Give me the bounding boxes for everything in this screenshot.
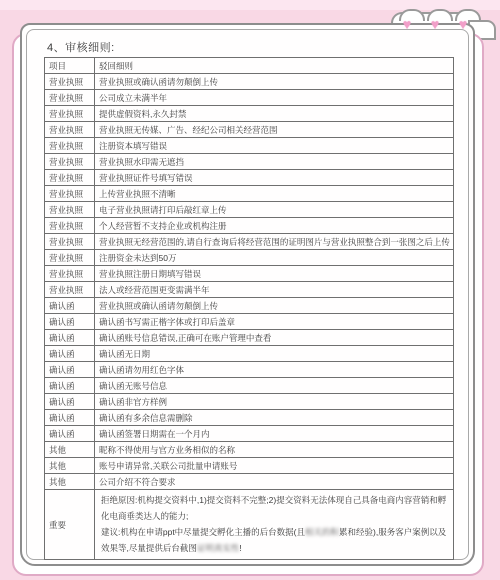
row-category: 营业执照	[45, 90, 95, 106]
row-detail: 营业执照无经营范围的,请自行查询后将经营范围的证明图片与营业执照整合到一张图之后…	[95, 234, 454, 250]
row-category: 营业执照	[45, 154, 95, 170]
row-category: 确认函	[45, 394, 95, 410]
row-category: 其他	[45, 458, 95, 474]
table-row: 营业执照营业执照无经营范围的,请自行查询后将经营范围的证明图片与营业执照整合到一…	[45, 234, 454, 250]
row-category: 确认函	[45, 346, 95, 362]
row-detail: 注册资金未达到50万	[95, 250, 454, 266]
rejection-reason-text: 拒绝原因:机构提交资料中,1)提交资料不完整;2)提交资料无法体现自己具备电商内…	[101, 495, 446, 521]
row-detail: 确认函书写需正楷字体或打印后盖章	[95, 314, 454, 330]
heart-icon: ♥	[459, 17, 467, 31]
table-row: 其他昵称不得使用与官方业务相似的名称	[45, 442, 454, 458]
row-detail: 营业执照或确认函请勿颠倒上传	[95, 298, 454, 314]
row-category: 营业执照	[45, 282, 95, 298]
row-detail: 拒绝原因:机构提交资料中,1)提交资料不完整;2)提交资料无法体现自己具备电商内…	[95, 490, 454, 560]
table-row: 营业执照营业执照证件号填写错误	[45, 170, 454, 186]
table-row: 营业执照营业执照或确认函请勿颠倒上传	[45, 74, 454, 90]
table-row: 确认函确认函书写需正楷字体或打印后盖章	[45, 314, 454, 330]
table-row: 营业执照上传营业执照不清晰	[45, 186, 454, 202]
table-row: 确认函确认函无日期	[45, 346, 454, 362]
table-row: 营业执照法人或经营范围更变需满半年	[45, 282, 454, 298]
row-detail: 公司介绍不符合要求	[95, 474, 454, 490]
row-detail: 上传营业执照不清晰	[95, 186, 454, 202]
row-category: 确认函	[45, 298, 95, 314]
page-background: { "decorations": { "heart_glyph": "♥", "…	[0, 0, 500, 580]
table-row: 营业执照营业执照无传媒、广告、经纪公司相关经营范围	[45, 122, 454, 138]
row-category: 营业执照	[45, 170, 95, 186]
row-category: 营业执照	[45, 266, 95, 282]
row-category: 营业执照	[45, 202, 95, 218]
heart-icon: ♥	[403, 17, 411, 31]
row-detail: 确认函非官方样例	[95, 394, 454, 410]
table-row: 确认函确认函请勿用红色字体	[45, 362, 454, 378]
row-detail: 确认函账号信息错误,正确可在账户管理中查看	[95, 330, 454, 346]
table-row: 营业执照注册资本填写错误	[45, 138, 454, 154]
row-detail: 确认函有多余信息需删除	[95, 410, 454, 426]
table-row-important: 重要 拒绝原因:机构提交资料中,1)提交资料不完整;2)提交资料无法体现自己具备…	[45, 490, 454, 560]
table-header-row: 项目 驳回细则	[45, 58, 454, 74]
header-category: 项目	[45, 58, 95, 74]
row-category: 其他	[45, 442, 95, 458]
row-detail: 注册资本填写错误	[95, 138, 454, 154]
row-category: 营业执照	[45, 186, 95, 202]
row-detail: 账号申请异常,关联公司批量申请账号	[95, 458, 454, 474]
row-detail: 营业执照证件号填写错误	[95, 170, 454, 186]
table-row: 营业执照提供虚假资料,永久封禁	[45, 106, 454, 122]
row-category: 重要	[45, 490, 95, 560]
row-category: 确认函	[45, 362, 95, 378]
review-table: 项目 驳回细则 营业执照营业执照或确认函请勿颠倒上传营业执照公司成立未满半年营业…	[44, 57, 454, 560]
row-category: 营业执照	[45, 122, 95, 138]
row-category: 营业执照	[45, 138, 95, 154]
note-card: 4、审核细则: 项目 驳回细则 营业执照营业执照或确认函请勿颠倒上传营业执照公司…	[20, 23, 475, 566]
row-category: 营业执照	[45, 250, 95, 266]
table-row: 营业执照公司成立未满半年	[45, 90, 454, 106]
table-row: 营业执照电子营业执照请打印后敲红章上传	[45, 202, 454, 218]
row-category: 确认函	[45, 378, 95, 394]
table-row: 其他账号申请异常,关联公司批量申请账号	[45, 458, 454, 474]
table-row: 其他公司介绍不符合要求	[45, 474, 454, 490]
table-row: 确认函确认函无账号信息	[45, 378, 454, 394]
suggestion-text: 建议:机构在申请ppt中尽量提交孵化主播的后台数据(且	[101, 527, 305, 537]
row-detail: 电子营业执照请打印后敲红章上传	[95, 202, 454, 218]
row-detail: 营业执照无传媒、广告、经纪公司相关经营范围	[95, 122, 454, 138]
table-row: 确认函营业执照或确认函请勿颠倒上传	[45, 298, 454, 314]
suggestion-text: !	[239, 543, 241, 553]
row-detail: 确认函请勿用红色字体	[95, 362, 454, 378]
row-category: 其他	[45, 474, 95, 490]
table-row: 确认函确认函签署日期需在一个月内	[45, 426, 454, 442]
row-category: 营业执照	[45, 234, 95, 250]
row-detail: 确认函签署日期需在一个月内	[95, 426, 454, 442]
redacted-text: 相关的积	[305, 527, 339, 537]
row-category: 确认函	[45, 330, 95, 346]
row-detail: 营业执照水印需无遮挡	[95, 154, 454, 170]
row-detail: 个人经营暂不支持企业或机构注册	[95, 218, 454, 234]
row-detail: 确认函无账号信息	[95, 378, 454, 394]
row-detail: 昵称不得使用与官方业务相似的名称	[95, 442, 454, 458]
row-category: 营业执照	[45, 218, 95, 234]
table-row: 确认函确认函账号信息错误,正确可在账户管理中查看	[45, 330, 454, 346]
row-detail: 营业执照或确认函请勿颠倒上传	[95, 74, 454, 90]
table-row: 确认函确认函非官方样例	[45, 394, 454, 410]
table-row: 营业执照个人经营暂不支持企业或机构注册	[45, 218, 454, 234]
row-detail: 提供虚假资料,永久封禁	[95, 106, 454, 122]
row-category: 营业执照	[45, 74, 95, 90]
table-row: 营业执照营业执照注册日期填写错误	[45, 266, 454, 282]
row-detail: 确认函无日期	[95, 346, 454, 362]
row-category: 确认函	[45, 314, 95, 330]
row-category: 确认函	[45, 410, 95, 426]
table-row: 确认函确认函有多余信息需删除	[45, 410, 454, 426]
row-detail: 法人或经营范围更变需满半年	[95, 282, 454, 298]
table-row: 营业执照注册资金未达到50万	[45, 250, 454, 266]
header-detail: 驳回细则	[95, 58, 454, 74]
top-highlight-strip	[0, 0, 500, 10]
row-category: 确认函	[45, 426, 95, 442]
row-category: 营业执照	[45, 106, 95, 122]
redacted-text: 证明真实性	[197, 543, 240, 553]
page-title: 4、审核细则:	[47, 39, 115, 55]
table-row: 营业执照营业执照水印需无遮挡	[45, 154, 454, 170]
heart-icon: ♥	[431, 17, 439, 31]
row-detail: 公司成立未满半年	[95, 90, 454, 106]
row-detail: 营业执照注册日期填写错误	[95, 266, 454, 282]
